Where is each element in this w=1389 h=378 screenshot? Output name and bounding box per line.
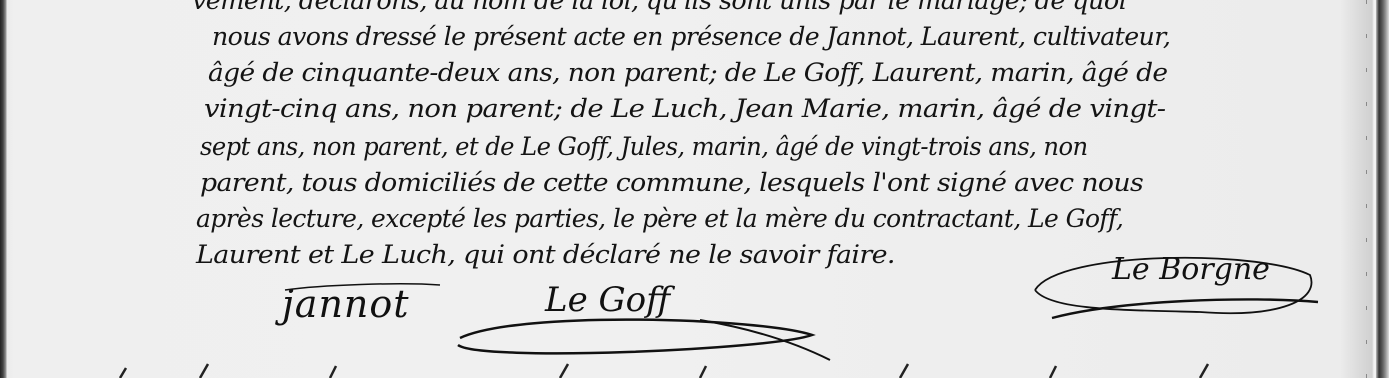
text-line-6: parent, tous domiciliés de cette commune… bbox=[200, 168, 1143, 197]
signature-le-goff: Le Goff bbox=[545, 280, 670, 320]
register-page: vement, declarons, au nom de la loi, qu'… bbox=[0, 0, 1389, 378]
page-binding-edge bbox=[1376, 0, 1389, 378]
text-line-7: après lecture, excepté les parties, le p… bbox=[196, 204, 1123, 233]
text-line-3: âgé de cinquante-deux ans, non parent; d… bbox=[208, 58, 1167, 87]
text-line-2: nous avons dressé le présent acte en pré… bbox=[212, 22, 1170, 51]
page-left-edge bbox=[0, 0, 7, 378]
signature-le-borgne: Le Borgne bbox=[1112, 252, 1270, 287]
text-line-1: vement, declarons, au nom de la loi, qu'… bbox=[192, 0, 1126, 15]
text-line-8: Laurent et Le Luch, qui ont déclaré ne l… bbox=[196, 240, 895, 269]
text-line-4: vingt-cinq ans, non parent; de Le Luch, … bbox=[204, 94, 1165, 123]
signature-jannot: jannot bbox=[282, 282, 410, 326]
margin-rule bbox=[1366, 0, 1367, 378]
text-line-5: sept ans, non parent, et de Le Goff, Jul… bbox=[200, 132, 1088, 161]
